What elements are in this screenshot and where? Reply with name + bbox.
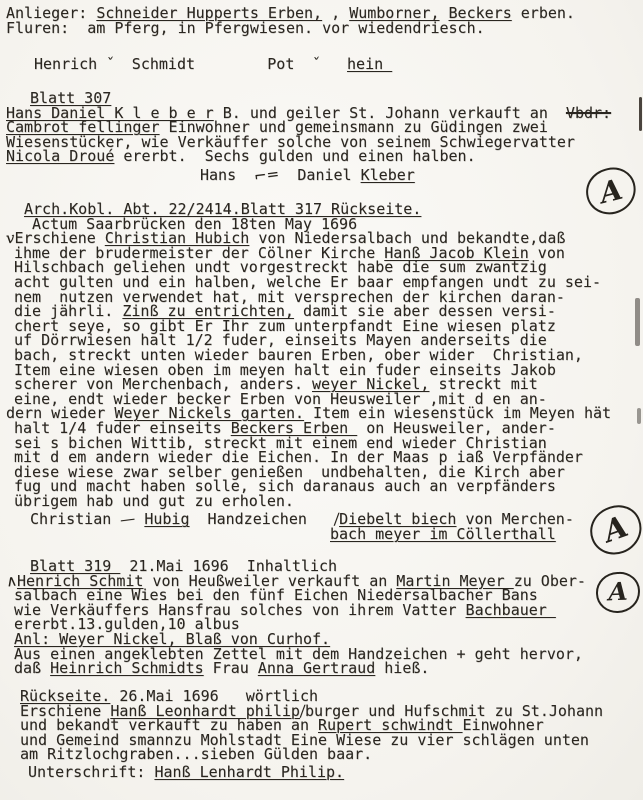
text-line: Fluren: am Pferg, in Pfergwiesen. vor wi… bbox=[6, 21, 575, 36]
typed-text bbox=[320, 55, 347, 73]
scan-artifact bbox=[639, 97, 642, 131]
circled-letter-annotation: A bbox=[595, 571, 640, 613]
handwritten-mark: ˇ bbox=[312, 57, 321, 72]
scan-artifact bbox=[635, 298, 640, 346]
text-line: Hans ⌐= Daniel Kleber bbox=[6, 168, 611, 183]
text-line: daß Heinrich Schmidts Frau Anna Gertraud… bbox=[6, 661, 586, 676]
typed-text: am Ritzlochgraben...sieben Gülden baar. bbox=[20, 745, 372, 763]
typed-text: erben. bbox=[512, 4, 575, 22]
handwritten-mark: ˇ bbox=[105, 57, 114, 72]
underlined-text: Hanß Lenhardt Philip. bbox=[154, 763, 344, 781]
typed-text: Henrich bbox=[34, 55, 106, 73]
text-line: übrigem hab und gut zu erholen. bbox=[6, 494, 611, 509]
rueckseite-entry: Rückseite. 26.Mai 1696 wörtlichErschiene… bbox=[6, 689, 603, 780]
handwritten-mark: v bbox=[5, 231, 15, 247]
typed-text: Hans bbox=[200, 166, 254, 184]
underlined-text: Kleber bbox=[361, 166, 415, 184]
underlined-text: Hubig bbox=[144, 510, 189, 528]
scan-artifact bbox=[637, 408, 641, 424]
text-line: Henrich ˇ Schmidt Pot ˇ hein bbox=[34, 57, 392, 72]
text-line: Nicola Droué ererbt. Sechs gulden und ei… bbox=[6, 149, 611, 164]
blatt-317-entry: Arch.Kobl. Abt. 22/2414.Blatt 317 Rückse… bbox=[6, 202, 611, 542]
typed-text: Frau bbox=[204, 659, 258, 677]
text-line: bach meyer im Cöllerthall bbox=[6, 527, 611, 542]
handwritten-mark: ⌐= bbox=[253, 166, 280, 184]
blatt-307-entry: Blatt 307Hans Daniel K l e b e r B. und … bbox=[6, 91, 611, 183]
typed-text: ererbt. Sechs gulden und einen halben. bbox=[114, 147, 475, 165]
text-line: am Ritzlochgraben...sieben Gülden baar. bbox=[6, 747, 603, 762]
anlieger-fluren-block: Anlieger: Schneider Hupperts Erben, , Wu… bbox=[6, 6, 575, 35]
typed-text: Christian bbox=[30, 510, 120, 528]
underlined-text: Heinrich Schmidts bbox=[50, 659, 204, 677]
blatt-319-entry: Blatt 319 21.Mai 1696 Inhaltlich∧Henrich… bbox=[6, 559, 586, 676]
typed-text: daß bbox=[14, 659, 50, 677]
typed-text: hieß. bbox=[375, 659, 429, 677]
underlined-text: Anna Gertraud bbox=[258, 659, 375, 677]
underlined-text: bach meyer im Cöllerthall bbox=[330, 525, 556, 543]
document-page: Anlieger: Schneider Hupperts Erben, , Wu… bbox=[0, 0, 643, 800]
handwritten-mark: — bbox=[119, 512, 136, 528]
typed-text bbox=[135, 510, 144, 528]
typed-text: Handzeichen bbox=[190, 510, 335, 528]
handwritten-mark: ∧ bbox=[5, 573, 18, 589]
typed-text: Fluren: am Pferg, in Pfergwiesen. vor wi… bbox=[6, 19, 485, 37]
typed-text: Schmidt Pot bbox=[114, 55, 313, 73]
text-line: Unterschrift: Hanß Lenhardt Philip. bbox=[6, 765, 603, 780]
typed-text: Daniel bbox=[279, 166, 360, 184]
underlined-text: Nicola Droué bbox=[6, 147, 114, 165]
underlined-text: hein bbox=[347, 55, 392, 73]
typed-text: übrigem hab und gut zu erholen. bbox=[14, 492, 294, 510]
names-line-block: Henrich ˇ Schmidt Pot ˇ hein bbox=[34, 57, 392, 72]
struck-text: Vbdr: bbox=[566, 104, 611, 122]
typed-text: Unterschrift: bbox=[28, 763, 154, 781]
underlined-text: Bachbauer bbox=[466, 601, 556, 619]
